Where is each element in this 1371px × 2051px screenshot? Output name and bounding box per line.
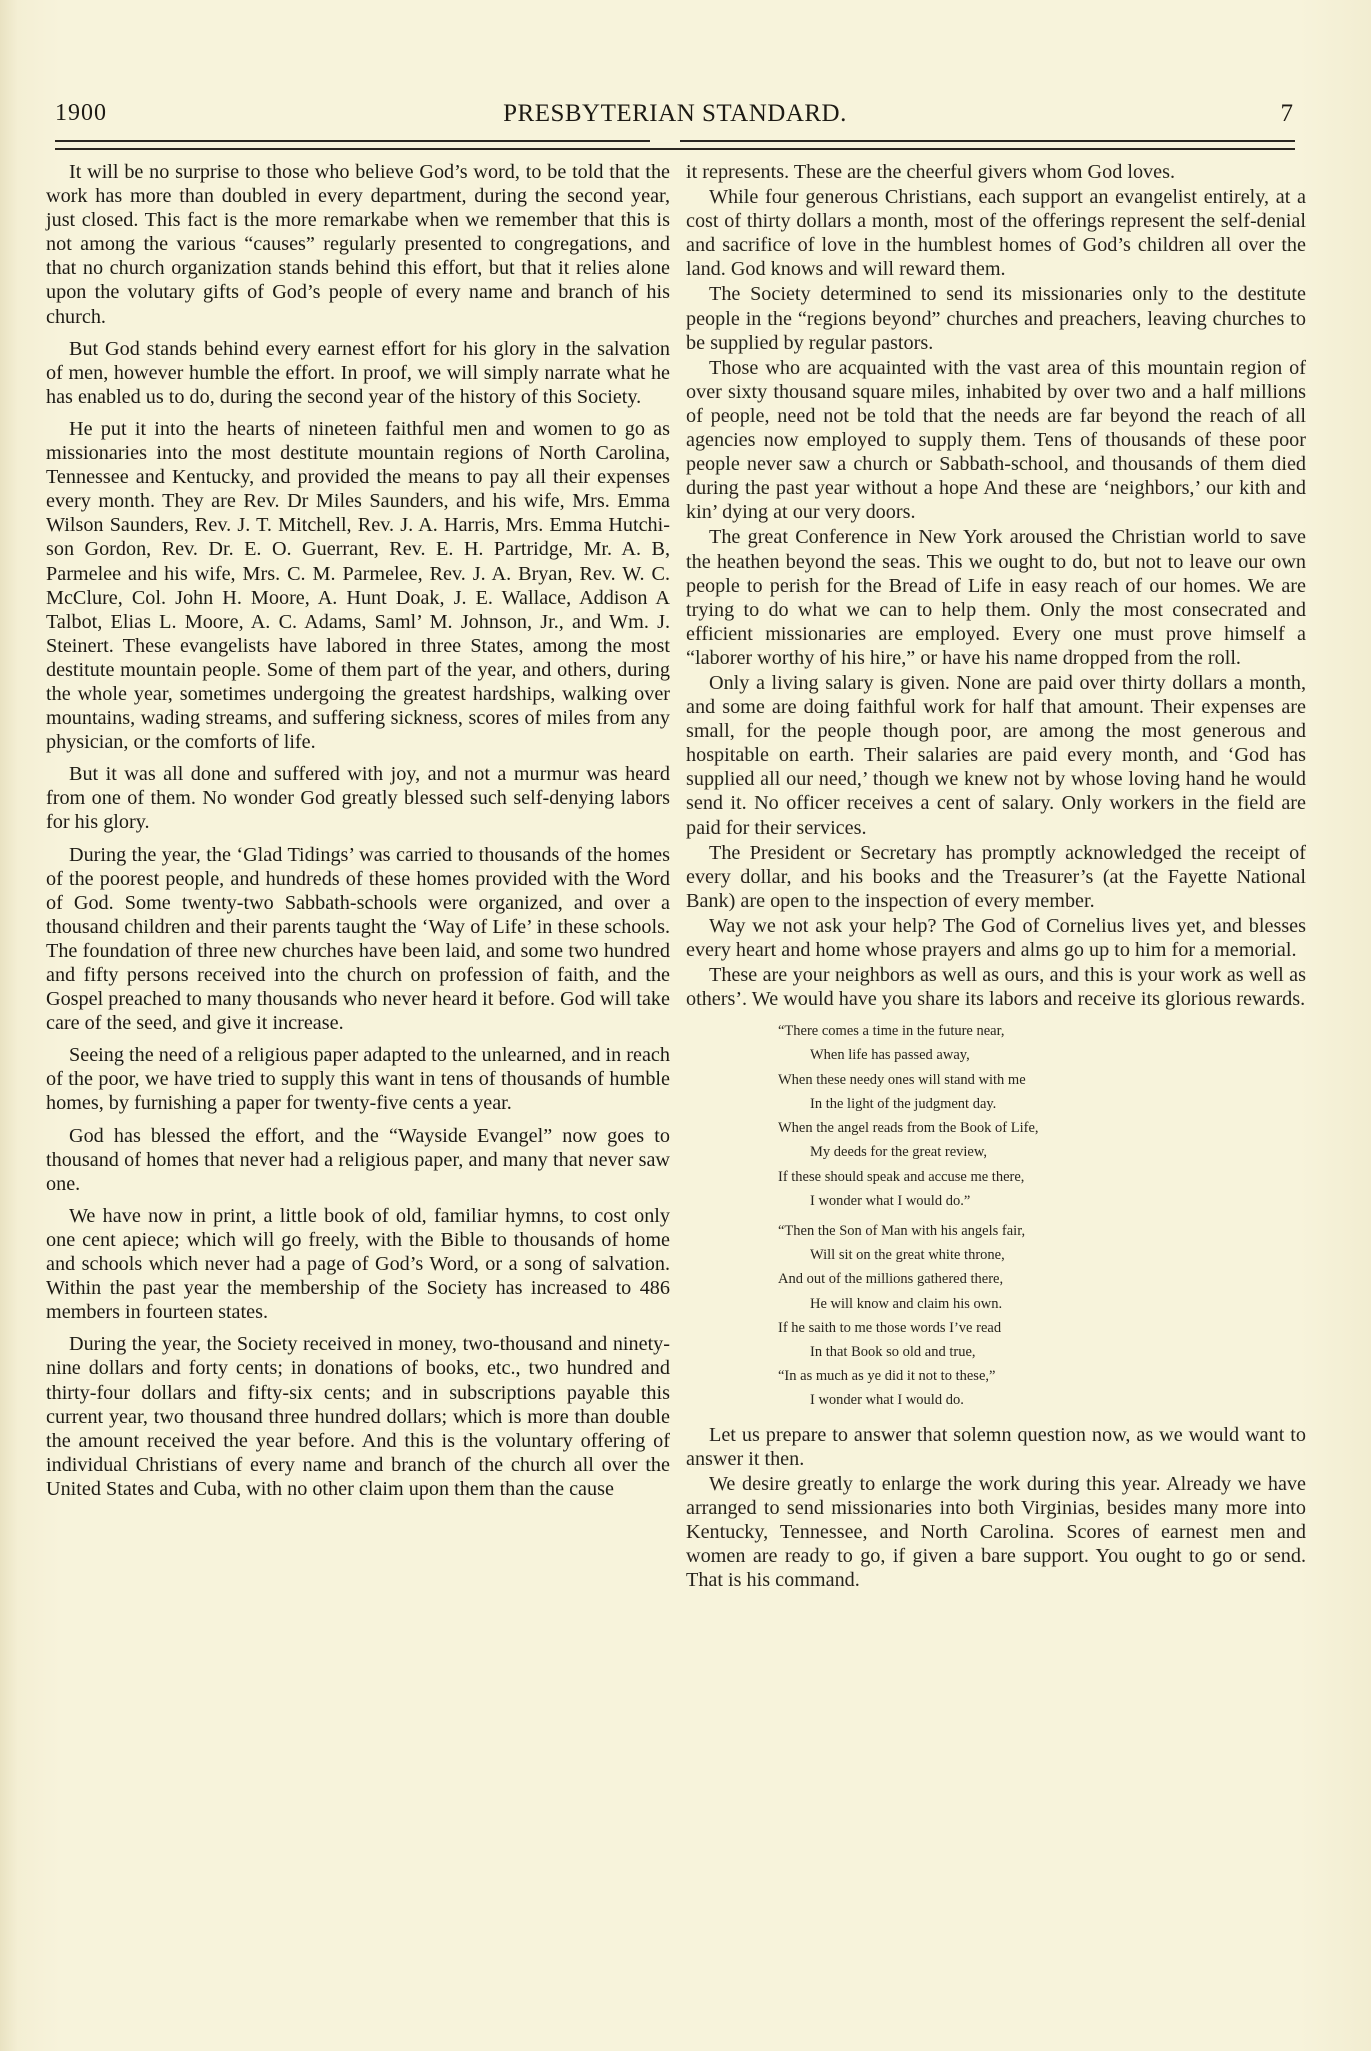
publication-title: PRESBYTERIAN STANDARD. bbox=[55, 100, 1295, 128]
paragraph: But it was all done and suffered with jo… bbox=[46, 762, 670, 834]
paragraph: Seeing the need of a religious paper ada… bbox=[46, 1043, 670, 1115]
poem-line: “In as much as ye did it not to these,” bbox=[778, 1364, 1306, 1388]
poem-line: My deeds for the great review, bbox=[778, 1140, 1306, 1164]
paragraph: The great Conference in New York aroused… bbox=[686, 525, 1306, 670]
paragraph: While four generous Christians, each sup… bbox=[686, 185, 1306, 281]
paragraph: Only a living salary is given. None are … bbox=[686, 671, 1306, 840]
poem: “There comes a time in the future near, … bbox=[778, 1019, 1306, 1412]
paragraph: Way we not ask your help? The God of Cor… bbox=[686, 914, 1306, 962]
poem-line: When life has passed away, bbox=[778, 1043, 1306, 1067]
paragraph: God has blessed the effort, and the “Way… bbox=[46, 1124, 670, 1196]
poem-line: “Then the Son of Man with his angels fai… bbox=[778, 1219, 1306, 1243]
right-column: it represents. These are the cheerful gi… bbox=[686, 160, 1306, 1593]
paragraph: But God stands behind every earnest effo… bbox=[46, 337, 670, 409]
poem-stanza: “There comes a time in the future near, … bbox=[778, 1019, 1306, 1213]
left-column: It will be no surprise to those who beli… bbox=[46, 160, 670, 1509]
paragraph: It will be no surprise to those who beli… bbox=[46, 160, 670, 329]
poem-line: In the light of the judgment day. bbox=[778, 1092, 1306, 1116]
paragraph: He put it into the hearts of nineteen fa… bbox=[46, 417, 670, 754]
paragraph: During the year, the ‘Glad Tidings’ was … bbox=[46, 843, 670, 1036]
poem-line: And out of the millions gathered there, bbox=[778, 1267, 1306, 1291]
paragraph: The Society determined to send its missi… bbox=[686, 282, 1306, 354]
poem-stanza: “Then the Son of Man with his angels fai… bbox=[778, 1219, 1306, 1413]
paragraph: We have now in print, a little book of o… bbox=[46, 1204, 670, 1324]
poem-line: “There comes a time in the future near, bbox=[778, 1019, 1306, 1043]
poem-line: If these should speak and accuse me ther… bbox=[778, 1165, 1306, 1189]
paragraph: These are your neighbors as well as ours… bbox=[686, 963, 1306, 1011]
paragraph: Let us prepare to answer that solemn que… bbox=[686, 1423, 1306, 1471]
poem-line: If he saith to me those words I’ve read bbox=[778, 1316, 1306, 1340]
poem-line: When the angel reads from the Book of Li… bbox=[778, 1116, 1306, 1140]
page-header: 1900 PRESBYTERIAN STANDARD. 7 bbox=[55, 100, 1295, 140]
poem-line: I wonder what I would do. bbox=[778, 1388, 1306, 1412]
paragraph: We desire greatly to enlarge the work du… bbox=[686, 1472, 1306, 1592]
poem-line: He will know and claim his own. bbox=[778, 1292, 1306, 1316]
header-rule-bottom bbox=[55, 148, 1295, 150]
poem-line: I wonder what I would do.” bbox=[778, 1189, 1306, 1213]
header-rule-gap bbox=[650, 140, 680, 142]
poem-line: Will sit on the great white throne, bbox=[778, 1243, 1306, 1267]
paragraph: Those who are acquainted with the vast a… bbox=[686, 356, 1306, 525]
poem-line: In that Book so old and true, bbox=[778, 1340, 1306, 1364]
paragraph: The President or Secretary has promptly … bbox=[686, 841, 1306, 913]
continued-paragraph: it represents. These are the cheerful gi… bbox=[686, 160, 1306, 184]
poem-line: When these needy ones will stand with me bbox=[778, 1068, 1306, 1092]
page-number: 7 bbox=[1281, 100, 1294, 128]
paragraph: During the year, the Society received in… bbox=[46, 1332, 670, 1501]
